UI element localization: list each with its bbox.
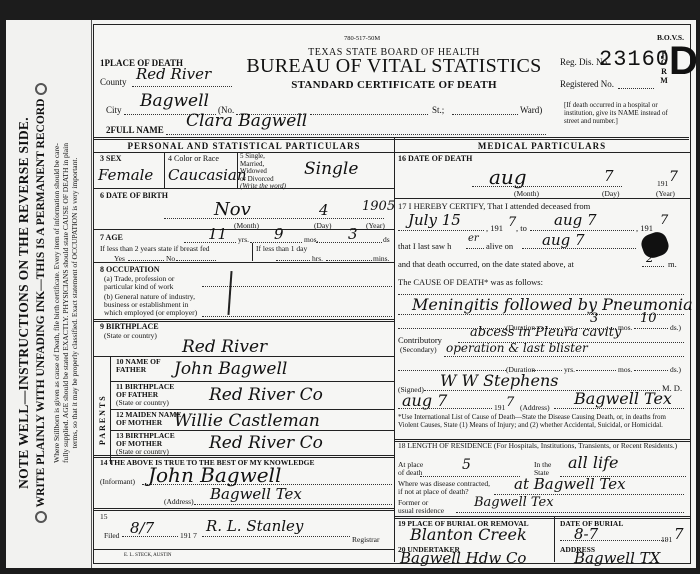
father-birthplace-label: 11 BIRTHPLACE OF FATHER (State or countr… — [116, 383, 174, 407]
parents-label: PARENTS — [98, 394, 107, 445]
registered-no-label: Registered No. — [560, 79, 614, 89]
ward-label: Ward) — [520, 105, 542, 115]
informant-label: (Informant) — [100, 477, 135, 486]
former-residence-label: Former or usual residence — [398, 499, 444, 515]
ward-field[interactable] — [452, 105, 518, 115]
certificate-title: STANDARD CERTIFICATE OF DEATH — [259, 79, 529, 91]
burial-place-value[interactable]: Blanton Creek — [410, 525, 527, 544]
instructions-line-1: NOTE WELL—INSTRUCTIONS ON THE REVERSE SI… — [16, 38, 32, 568]
sex-label: 3 SEX — [100, 154, 122, 163]
burial-date-field[interactable]: 8-7 — [560, 531, 666, 541]
divider — [252, 243, 253, 261]
dob-day: 4 — [319, 201, 329, 219]
age-label: 7 AGE — [100, 233, 123, 242]
divider — [394, 152, 690, 153]
breast-fed-yes-field[interactable] — [128, 253, 164, 261]
informant-field[interactable]: John Bagwell — [142, 471, 392, 485]
year-prefix: 191 — [661, 535, 672, 544]
medical-section-title: MEDICAL PARTICULARS — [394, 141, 690, 151]
instructions-strip: NOTE WELL—INSTRUCTIONS ON THE REVERSE SI… — [6, 20, 92, 568]
divider — [237, 152, 238, 188]
street-label: St.; — [432, 105, 444, 115]
county-field[interactable]: Red River — [132, 69, 232, 87]
dod-month-caption: (Month) — [514, 189, 539, 198]
marital-status-value[interactable]: Single — [304, 159, 358, 179]
filed-number: 15 — [100, 512, 108, 521]
dob-month: Nov — [214, 199, 251, 220]
bureau-title: BUREAU OF VITAL STATISTICS — [239, 55, 549, 78]
punch-hole-icon — [35, 511, 47, 523]
father-name-value[interactable]: John Bagwell — [174, 359, 287, 379]
death-time-field[interactable]: 2 — [642, 257, 664, 267]
filed-year: 191 7 — [180, 531, 197, 540]
former-residence-field[interactable]: Bagwell Tex — [456, 503, 684, 513]
mos-label: mos. — [618, 365, 632, 374]
form-vertical-label: F O R M — [660, 49, 668, 85]
form-d-letter: D — [669, 39, 698, 84]
cause-duration-ds[interactable]: 10 — [634, 319, 668, 329]
dod-month: aug — [489, 165, 527, 189]
full-name-field[interactable]: Clara Bagwell — [166, 117, 546, 135]
dob-field[interactable] — [164, 203, 384, 219]
occupation-a-label: (a) Trade, profession or particular kind… — [104, 275, 174, 291]
undertaker-value[interactable]: Bagwell Hdw Co — [400, 549, 526, 567]
filed-label: Filed — [104, 531, 119, 540]
attended-to-field[interactable]: aug 7 — [530, 221, 634, 231]
physician-address-label: (Address) — [520, 403, 550, 412]
contributory-label: Contributory — [398, 335, 442, 345]
breast-fed-no-field[interactable] — [176, 253, 216, 261]
attended-from-field[interactable]: July 15 — [398, 221, 484, 231]
residence-label: 18 LENGTH OF RESIDENCE (For Hospitals, I… — [398, 442, 686, 450]
ds-label: ds.) — [670, 365, 681, 374]
dod-label: 16 DATE OF DEATH — [398, 154, 472, 163]
yrs-label: yrs. — [564, 365, 575, 374]
dob-year: 1905 — [362, 199, 395, 214]
age-months-field[interactable]: 9 — [250, 231, 302, 243]
age-years-field[interactable]: 11 — [184, 231, 236, 243]
full-name-label: 2FULL NAME — [106, 125, 164, 135]
residence-place-field[interactable]: 5 — [420, 467, 520, 477]
burial-year: 7 — [674, 525, 684, 543]
year-prefix: 191 — [494, 403, 505, 412]
undertaker-address-value[interactable]: Bagwell TX — [574, 549, 660, 567]
city-value: Bagwell — [140, 91, 209, 111]
age-days-field[interactable]: 3 — [316, 231, 382, 243]
hospital-note: [If death occurred in a hospital or inst… — [564, 101, 682, 125]
filed-date-field[interactable]: 8/7 — [122, 525, 178, 537]
dotted-rule — [398, 361, 506, 371]
father-name-label: 10 NAME OF FATHER — [116, 358, 161, 374]
certify-label: 17 I HEREBY CERTIFY, That I attended dec… — [398, 201, 590, 211]
contrib-duration-mos[interactable] — [576, 361, 616, 371]
minutes-field[interactable] — [326, 253, 372, 261]
contracted-label: Where was disease contracted, if not at … — [398, 480, 490, 496]
personal-section-title: PERSONAL AND STATISTICAL PARTICULARS — [94, 141, 394, 151]
divider — [164, 152, 165, 188]
occupation-label: 8 OCCUPATION — [100, 265, 159, 274]
pronoun-field[interactable]: er — [466, 239, 484, 249]
registrar-field[interactable]: R. L. Stanley — [202, 525, 350, 537]
signed-year: 7 — [506, 395, 514, 410]
registered-no-field[interactable] — [618, 79, 654, 89]
city-label: City — [106, 105, 122, 115]
printer-mark: E. L. STECK, AUSTIN — [124, 553, 172, 558]
divider — [110, 356, 111, 464]
dob-label: 6 DATE OF BIRTH — [100, 191, 168, 200]
signed-date-field[interactable]: aug 7 — [398, 397, 492, 409]
full-name-value: Clara Bagwell — [186, 111, 307, 131]
to-label: , to — [516, 223, 527, 233]
yrs-label: yrs. — [238, 235, 249, 244]
instructions-text: NOTE WELL—INSTRUCTIONS ON THE REVERSE SI… — [16, 38, 79, 568]
birthplace-value[interactable]: Red River — [182, 337, 267, 357]
divider — [94, 137, 689, 140]
informant-address-label: (Address) — [164, 497, 194, 506]
physician-address-field[interactable]: Bagwell Tex — [554, 397, 684, 409]
contrib-duration-yrs[interactable] — [532, 361, 562, 371]
birthplace-sub: (State or country) — [104, 331, 157, 340]
divider — [94, 508, 394, 511]
mother-birthplace-label: 13 BIRTHPLACE OF MOTHER (State or countr… — [116, 432, 175, 456]
punch-hole-icon — [35, 83, 47, 95]
cause-label: The CAUSE OF DEATH* was as follows: — [398, 277, 543, 287]
dod-year-prefix: 191 — [657, 179, 668, 188]
cause-footnote: *Use International List of Cause of Deat… — [398, 413, 686, 429]
hours-field[interactable] — [276, 253, 310, 261]
form-code: 780-517-50M — [344, 35, 380, 42]
mother-birthplace-value[interactable]: Red River Co — [209, 433, 323, 453]
less-than-day-label: If less than 1 day — [256, 244, 307, 253]
birthplace-label: 9 BIRTHPLACE — [100, 322, 159, 331]
sex-value[interactable]: Female — [98, 166, 153, 184]
county-label: County — [100, 77, 127, 87]
mother-maiden-name-label: 12 MAIDEN NAME OF MOTHER — [116, 411, 181, 427]
mother-maiden-name-value[interactable]: Willie Castleman — [174, 411, 320, 431]
county-value: Red River — [136, 65, 211, 83]
dod-year-caption: (Year) — [656, 189, 675, 198]
ink-blot — [639, 229, 672, 260]
year-prefix: , 191 — [486, 223, 503, 233]
contracted-field[interactable]: at Bagwell Tex — [494, 483, 684, 495]
contrib-duration-ds[interactable] — [634, 361, 668, 371]
informant-address-field[interactable]: Bagwell Tex — [194, 491, 392, 505]
divider — [94, 262, 394, 263]
attended-to-year: 7 — [660, 213, 668, 228]
divider — [94, 188, 394, 189]
occupation-b-field[interactable] — [202, 307, 392, 317]
divider — [554, 516, 555, 562]
divider — [394, 198, 690, 199]
year-prefix: , 191 — [636, 223, 653, 233]
death-occurred-label: and that death occurred, on the date sta… — [398, 259, 574, 269]
marital-status-label: 5 Single, Married, Widowed or Divorced (… — [240, 153, 286, 191]
dod-day-caption: (Day) — [602, 189, 620, 198]
dod-day: 7 — [604, 167, 614, 185]
breast-fed-label: If less than 2 years state if breast fed — [100, 244, 210, 253]
last-saw-label: that I last saw h — [398, 241, 451, 251]
ds-label: ds — [383, 235, 390, 244]
alive-on-field[interactable]: aug 7 — [522, 239, 636, 249]
dod-year-suffix: 7 — [669, 169, 678, 185]
registrar-label: Registrar — [352, 535, 380, 544]
instructions-line-2: WRITE PLAINLY WITH UNFADING INK—THIS IS … — [35, 38, 47, 568]
m-label: m. — [668, 259, 677, 269]
divider — [94, 549, 394, 550]
death-certificate-form: 780-517-50M TEXAS STATE BOARD OF HEALTH … — [93, 24, 691, 564]
contributory-field-2[interactable]: operation & last blister — [444, 345, 684, 357]
race-label: 4 Color or Race — [168, 154, 219, 163]
occupation-b-label: (b) General nature of industry, business… — [104, 293, 197, 317]
father-birthplace-value[interactable]: Red River Co — [209, 385, 323, 405]
street-field[interactable] — [310, 105, 428, 115]
instructions-line-3: Where Stillborn is given as cause of Dea… — [52, 38, 79, 568]
race-value[interactable]: Caucasian — [168, 166, 247, 184]
alive-on-label: alive on — [486, 241, 513, 251]
secondary-label: (Secondary) — [400, 345, 437, 354]
